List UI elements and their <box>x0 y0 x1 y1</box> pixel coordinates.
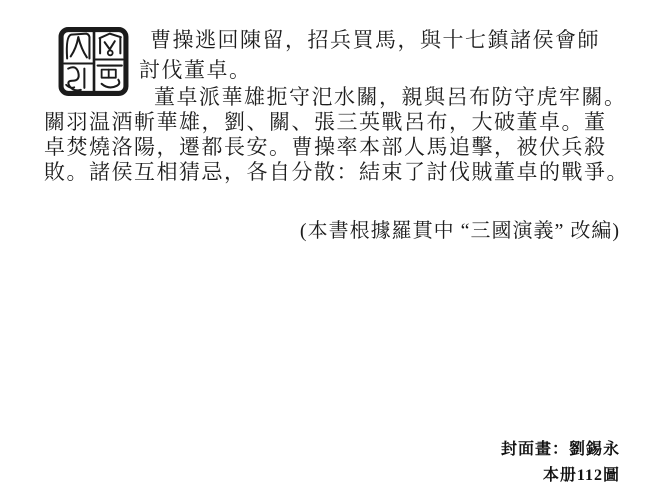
cover-artist-name: 劉錫永 <box>569 441 620 458</box>
synopsis-line-3: 董卓派華雄扼守汜水關，親與呂布防守虎牢關。 <box>154 85 627 110</box>
book-synopsis-page: 曹操逃回陳留，招兵買馬，與十七鎮諸侯會師 討伐董卓。 董卓派華雄扼守汜水關，親與… <box>0 0 660 495</box>
synopsis-line-5: 卓焚燒洛陽，遷都長安。曹操率本部人馬追擊，被伏兵殺 <box>44 135 607 160</box>
synopsis-line-1: 曹操逃回陳留，招兵買馬，與十七鎮諸侯會師 <box>150 28 600 53</box>
illustration-count: 本册112圖 <box>543 462 620 485</box>
synopsis-line-4: 關羽温酒斬華雄，劉、關、張三英戰呂布，大破董卓。董 <box>44 110 607 135</box>
adaptation-note: (本書根據羅貫中 “三國演義” 改編) <box>300 214 620 243</box>
synopsis-line-6: 敗。諸侯互相猜忌，各自分散：結束了討伐賊董卓的戰爭。 <box>44 160 629 185</box>
cover-artist-label: 封面畫： <box>501 441 569 458</box>
seal-stamp-icon <box>56 25 131 98</box>
synopsis-line-2: 討伐董卓。 <box>139 58 252 83</box>
cover-artist-line: 封面畫：劉錫永 <box>501 436 620 459</box>
